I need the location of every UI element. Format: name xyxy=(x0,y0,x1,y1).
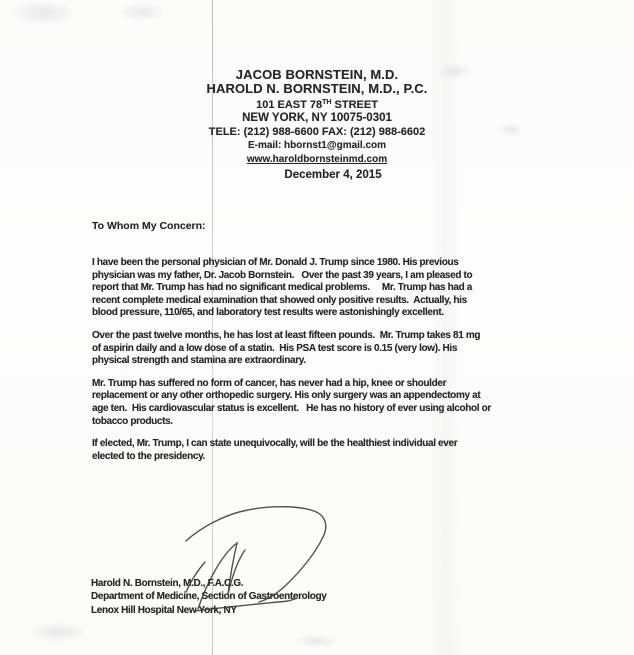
scan-smudge xyxy=(295,634,339,648)
letterhead-phone-fax: TELE: (212) 988-6600 FAX: (212) 988-6602 xyxy=(0,125,634,139)
letterhead-website: www.haroldbornsteinmd.com xyxy=(0,153,634,166)
street-suffix: STREET xyxy=(331,99,377,111)
letterhead-city-zip: NEW YORK, NY 10075-0301 xyxy=(0,112,634,125)
letterhead-street-address: 101 EAST 78TH STREET xyxy=(0,96,634,112)
letterhead-doctor2-name: HAROLD N. BORNSTEIN, M.D., P.C. xyxy=(0,82,634,96)
letter-document: JACOB BORNSTEIN, M.D. HAROLD N. BORNSTEI… xyxy=(0,0,634,655)
letterhead-doctor1-name: JACOB BORNSTEIN, M.D. xyxy=(0,68,634,82)
street-prefix: 101 EAST 78 xyxy=(256,99,322,111)
date-line: December 4, 2015 xyxy=(0,169,634,181)
body-paragraph: Over the past twelve months, he has lost… xyxy=(92,330,491,368)
scan-smudge xyxy=(118,2,166,22)
letterhead: JACOB BORNSTEIN, M.D. HAROLD N. BORNSTEI… xyxy=(0,68,634,166)
letter-body: I have been the personal physician of Mr… xyxy=(92,257,491,473)
body-paragraph: If elected, Mr. Trump, I can state unequ… xyxy=(92,438,491,463)
signature-scribble xyxy=(170,498,350,618)
letterhead-email: E-mail: hbornst1@gmail.com xyxy=(0,139,634,153)
salutation: To Whom My Concern: xyxy=(92,220,206,232)
body-paragraph: I have been the personal physician of Mr… xyxy=(92,257,491,320)
body-paragraph: Mr. Trump has suffered no form of cancer… xyxy=(92,378,491,428)
scan-smudge xyxy=(28,622,88,642)
scan-smudge xyxy=(8,0,78,26)
